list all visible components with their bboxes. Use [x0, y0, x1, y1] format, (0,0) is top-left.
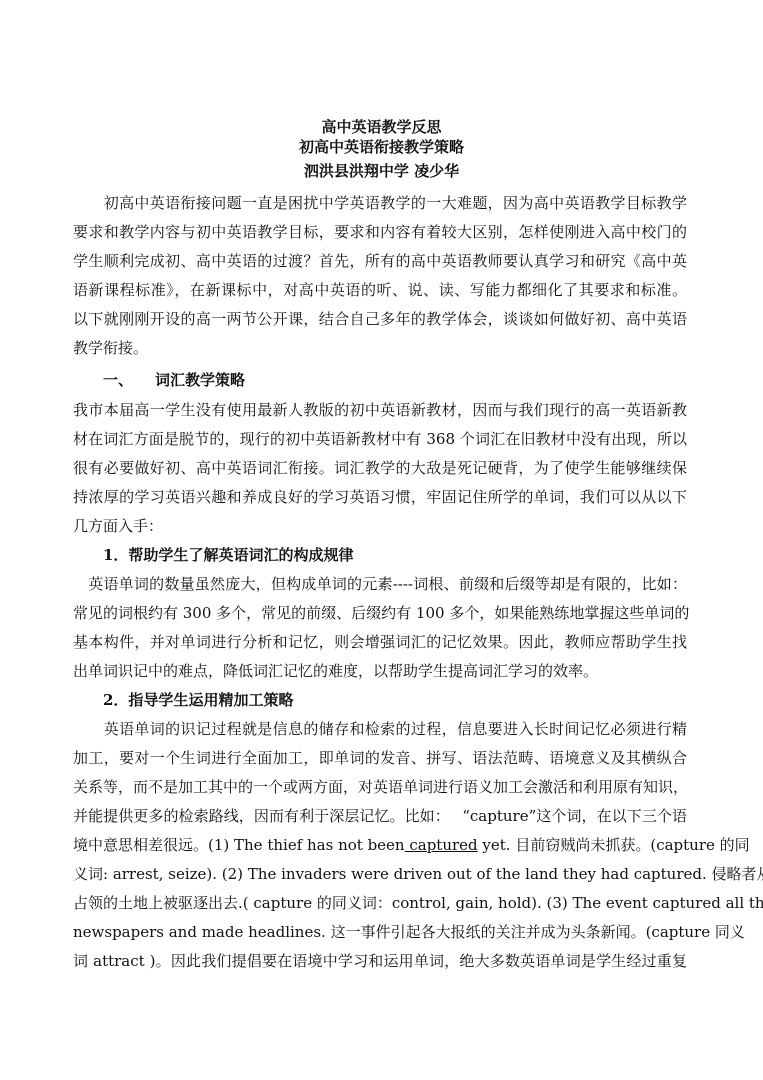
intro-line: 要求和教学内容与初中英语教学目标，要求和内容有着较大区别，怎样使刚进入高中校门的 [73, 222, 687, 242]
section-paragraph-line: 我市本届高一学生没有使用最新人教版的初中英语新教材，因而与我们现行的高一英语新教 [73, 400, 687, 420]
intro-line: 语新课程标准》，在新课标中，对高中英语的听、说、读、写能力都细化了其要求和标准。 [73, 280, 687, 300]
subsection-line: 英语单词的数量虽然庞大，但构成单词的元素----词根、前缀和后缀等却是有限的，比… [73, 574, 687, 594]
subsection-heading: 2．指导学生运用精加工策略 [103, 690, 503, 710]
doc-title: 高中英语教学反思 [0, 117, 763, 137]
intro-line: 初高中英语衔接问题一直是困扰中学英语教学的一大难题，因为高中英语教学目标教学 [73, 193, 687, 213]
subsection-heading: 1．帮助学生了解英语词汇的构成规律 [103, 545, 503, 565]
section-heading: 词汇教学策略 [155, 370, 355, 390]
example-text: yet. 目前窃贼尚未抓获。(capture 的同 [478, 836, 750, 854]
subsection-line: 英语单词的识记过程就是信息的储存和检索的过程，信息要进入长时间记忆必须进行精 [73, 719, 687, 739]
section-paragraph-line: 几方面入手： [73, 516, 687, 536]
example-line: newspapers and made headlines. 这一事件引起各大报… [73, 922, 687, 942]
subsection-line: 并能提供更多的检索路线，因而有利于深层记忆。比如： “capture”这个词，在… [73, 806, 687, 826]
example-line: 占领的土地上被驱逐出去.( capture 的同义词：control, gain… [73, 893, 687, 913]
subsection-line: 出单词识记中的难点，降低词汇记忆的难度，以帮助学生提高词汇学习的效率。 [73, 661, 687, 681]
intro-line: 以下就刚刚开设的高一两节公开课，结合自己多年的教学体会，谈谈如何做好初、高中英语 [73, 309, 687, 329]
doc-subtitle: 初高中英语衔接教学策略 [0, 137, 763, 157]
subsection-line: 常见的词根约有 300 多个，常见的前缀、后缀约有 100 多个，如果能熟练地掌… [73, 603, 687, 623]
subsection-line: 关系等，而不是加工其中的一个或两方面，对英语单词进行语义加工会激活和利用原有知识… [73, 777, 687, 797]
subsection-line: 基本构件，并对单词进行分析和记忆，则会增强词汇的记忆效果。因此，教师应帮助学生找 [73, 632, 687, 652]
section-number: 一、 [103, 370, 143, 390]
doc-author: 泗洪县洪翔中学 凌少华 [0, 161, 763, 181]
subsection-line: 加工，要对一个生词进行全面加工，即单词的发音、拼写、语法范畴、语境意义及其横纵合 [73, 748, 687, 768]
example-line: 词 attract )。因此我们提倡要在语境中学习和运用单词，绝大多数英语单词是… [73, 951, 687, 971]
section-paragraph-line: 很有必要做好初、高中英语词汇衔接。词汇教学的大敌是死记硬背，为了使学生能够继续保 [73, 458, 687, 478]
underlined-word: captured [405, 836, 478, 854]
example-text: 境中意思相差很远。(1) The thief has not been [73, 836, 405, 854]
intro-line: 教学衔接。 [73, 338, 687, 358]
section-paragraph-line: 持浓厚的学习英语兴趣和养成良好的学习英语习惯，牢固记住所学的单词，我们可以从以下 [73, 487, 687, 507]
intro-line: 学生顺利完成初、高中英语的过渡？首先，所有的高中英语教师要认真学习和研究《高中英 [73, 251, 687, 271]
example-line: 境中意思相差很远。(1) The thief has not been capt… [73, 835, 687, 855]
example-line: 义词: arrest, seize). (2) The invaders wer… [73, 864, 687, 884]
document-page: 高中英语教学反思 初高中英语衔接教学策略 泗洪县洪翔中学 凌少华 初高中英语衔接… [0, 0, 763, 1080]
section-paragraph-line: 材在词汇方面是脱节的，现行的初中英语新教材中有 368 个词汇在旧教材中没有出现… [73, 429, 687, 449]
